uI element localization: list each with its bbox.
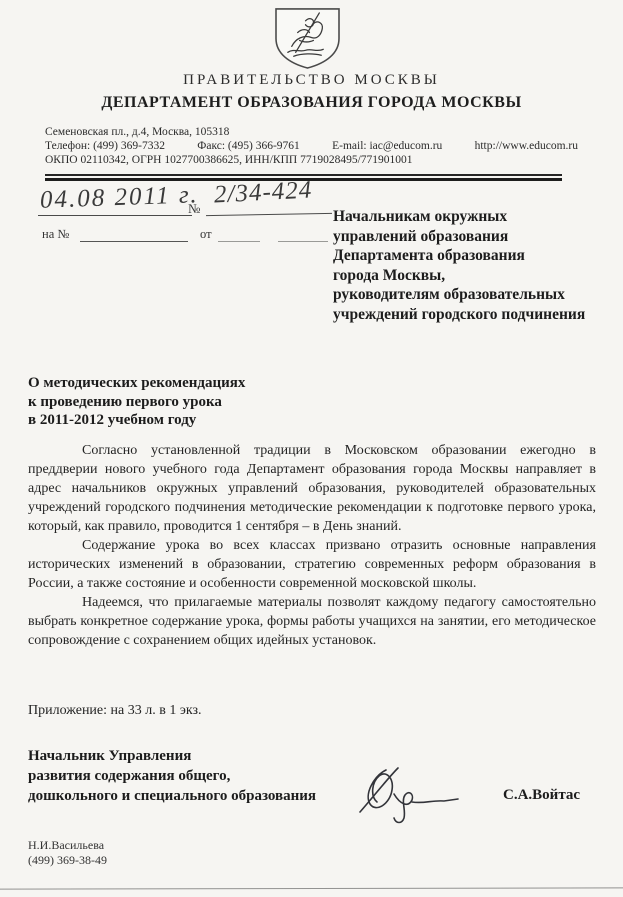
- scanned-letter-page: ПРАВИТЕЛЬСТВО МОСКВЫ ДЕПАРТАМЕНТ ОБРАЗОВ…: [0, 0, 623, 897]
- website: http://www.educom.ru: [475, 140, 578, 152]
- reply-number-underline: [80, 241, 188, 242]
- body-paragraph: Согласно установленной традиции в Москов…: [28, 441, 596, 536]
- registration-codes: ОКПО 02110342, ОГРН 1027700386625, ИНН/К…: [45, 154, 413, 166]
- signer-title-line: дошкольного и специального образования: [28, 786, 358, 806]
- subject-line: к проведению первого урока: [28, 393, 358, 412]
- reply-number-label: на №: [42, 227, 69, 242]
- recipient-line: Департамента образования: [333, 246, 621, 266]
- body-paragraph: Надеемся, что прилагаемые материалы позв…: [28, 593, 596, 650]
- letter-body: Согласно установленной традиции в Москов…: [28, 441, 596, 650]
- handwritten-signature: [352, 760, 467, 830]
- recipient-block: Начальникам окружных управлений образова…: [333, 207, 621, 324]
- recipient-line: города Москвы,: [333, 266, 621, 286]
- recipient-line: учреждений городского подчинения: [333, 305, 621, 325]
- subject-line: в 2011-2012 учебном году: [28, 411, 358, 430]
- subject-line: О методических рекомендациях: [28, 374, 358, 393]
- number-underline: [206, 213, 332, 216]
- subject-block: О методических рекомендациях к проведени…: [28, 374, 358, 430]
- date-underline: [38, 215, 192, 216]
- recipient-line: управлений образования: [333, 227, 621, 247]
- postal-address: Семеновская пл., д.4, Москва, 105318: [45, 126, 229, 138]
- recipient-line: руководителям образовательных: [333, 285, 621, 305]
- government-title: ПРАВИТЕЛЬСТВО МОСКВЫ: [0, 72, 623, 89]
- body-paragraph: Содержание урока во всех классах призван…: [28, 536, 596, 593]
- fax: Факс: (495) 366-9761: [197, 140, 300, 152]
- email: E-mail: iac@educom.ru: [332, 140, 442, 152]
- phone: Телефон: (499) 369-7332: [45, 140, 165, 152]
- scan-artifact-line: [0, 887, 623, 889]
- contact-row: Телефон: (499) 369-7332 Факс: (495) 366-…: [45, 140, 578, 152]
- number-sign: №: [188, 201, 200, 217]
- moscow-coat-of-arms-icon: [270, 7, 345, 70]
- department-title: ДЕПАРТАМЕНТ ОБРАЗОВАНИЯ ГОРОДА МОСКВЫ: [0, 94, 623, 112]
- signer-name: С.А.Войтас: [503, 787, 580, 804]
- reply-from-label: от: [200, 227, 212, 242]
- executor-name: Н.И.Васильева: [28, 838, 107, 853]
- reply-date-underline-2: [278, 241, 328, 242]
- handwritten-outgoing-number: 2/34-424: [213, 176, 313, 209]
- attachment-note: Приложение: на 33 л. в 1 экз.: [28, 703, 202, 719]
- signer-title-line: Начальник Управления: [28, 746, 358, 766]
- reply-date-underline-1: [218, 241, 260, 242]
- recipient-line: Начальникам окружных: [333, 207, 621, 227]
- executor-phone: (499) 369-38-49: [28, 853, 107, 868]
- executor-block: Н.И.Васильева (499) 369-38-49: [28, 838, 107, 868]
- signer-title-block: Начальник Управления развития содержания…: [28, 746, 358, 806]
- handwritten-date: 04.08 2011 г.: [40, 181, 199, 215]
- signer-title-line: развития содержания общего,: [28, 766, 358, 786]
